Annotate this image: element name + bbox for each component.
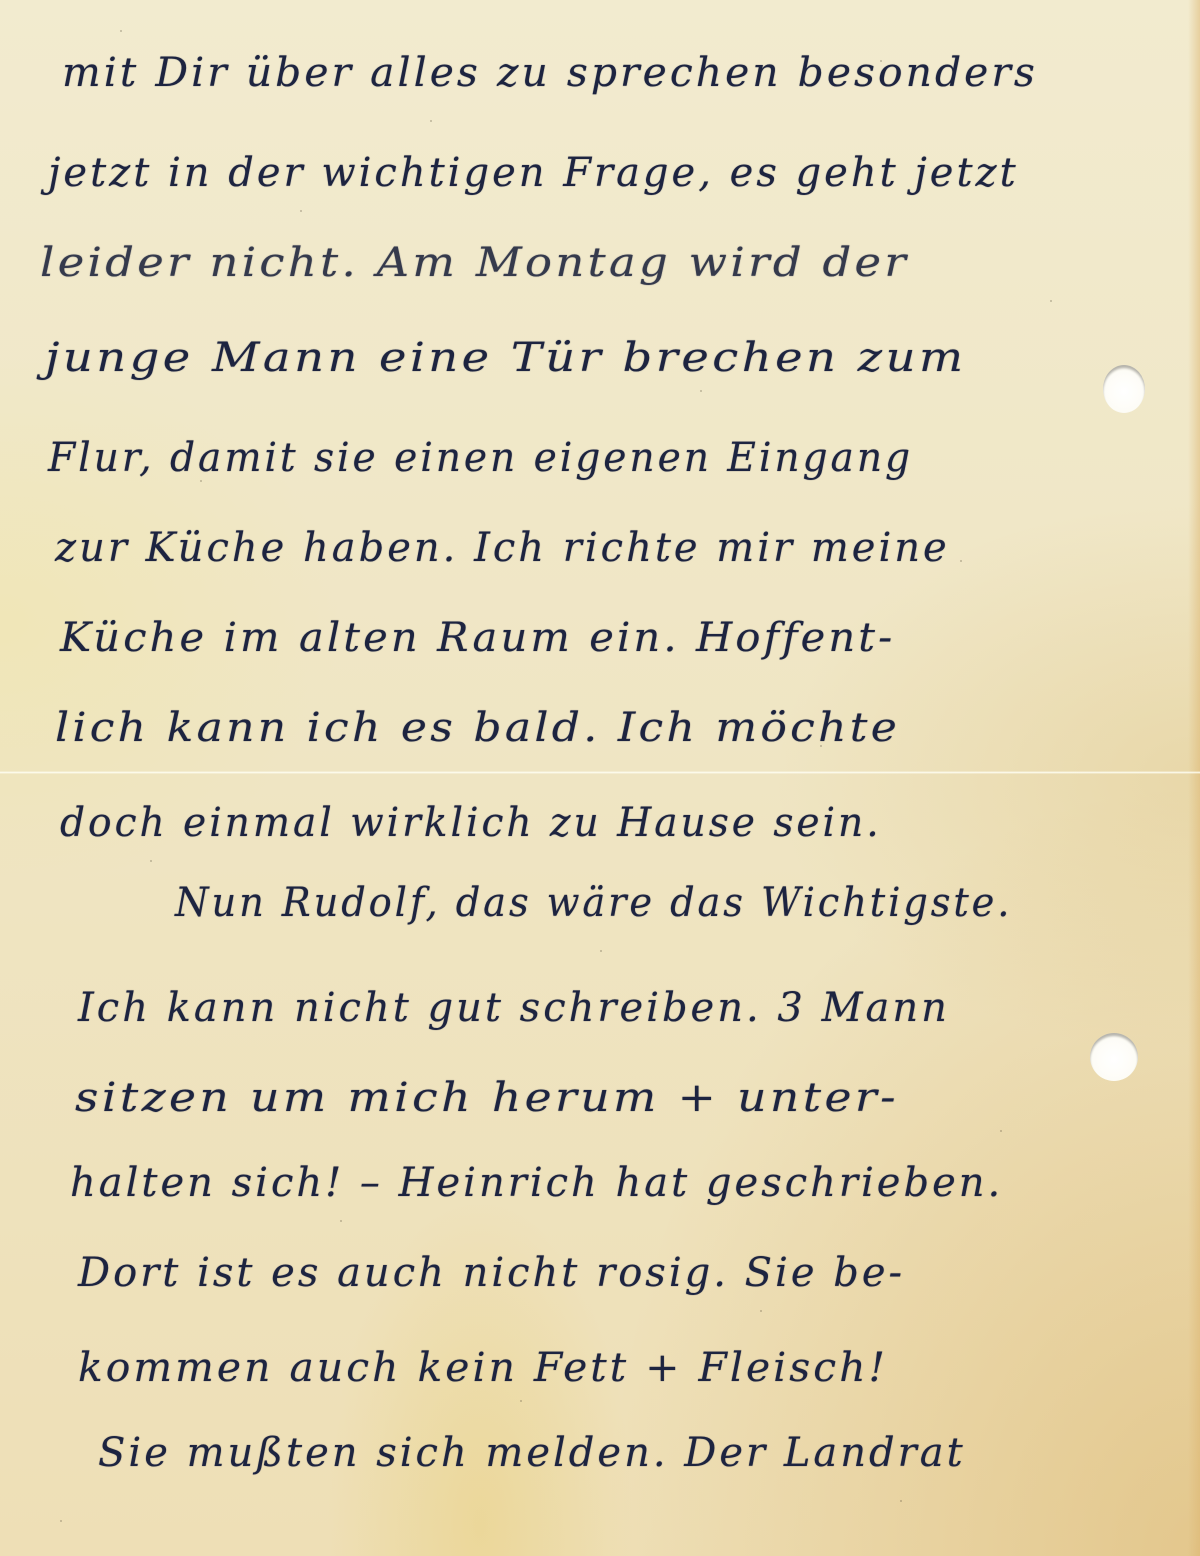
letter-line-7: Küche im alten Raum ein. Hoffent-: [60, 615, 895, 661]
letter-line-16: Sie mußten sich melden. Der Landrat: [98, 1430, 966, 1476]
letter-line-12: sitzen um mich herum + unter-: [75, 1075, 899, 1121]
letter-text: mit Dir über alles zu sprechen besonders…: [0, 0, 1200, 1556]
letter-line-13: halten sich! – Heinrich hat geschrieben.: [70, 1160, 1003, 1206]
letter-line-14: Dort ist es auch nicht rosig. Sie be-: [78, 1250, 905, 1296]
letter-line-15: kommen auch kein Fett + Fleisch!: [78, 1345, 888, 1391]
letter-line-2: jetzt in der wichtigen Frage, es geht je…: [48, 150, 1019, 196]
letter-line-11: Ich kann nicht gut schreiben. 3 Mann: [78, 985, 950, 1031]
letter-line-5: Flur, damit sie einen eigenen Eingang: [48, 435, 913, 481]
letter-line-4: junge Mann eine Tür brechen zum: [45, 335, 966, 381]
letter-line-10: Nun Rudolf, das wäre das Wichtigste.: [175, 880, 1012, 926]
letter-line-6: zur Küche haben. Ich richte mir meine: [55, 525, 950, 571]
letter-page: mit Dir über alles zu sprechen besonders…: [0, 0, 1200, 1556]
letter-line-1: mit Dir über alles zu sprechen besonders: [62, 50, 1038, 96]
letter-line-3: leider nicht. Am Montag wird der: [40, 240, 909, 286]
letter-line-9: doch einmal wirklich zu Hause sein.: [60, 800, 882, 846]
letter-line-8: lich kann ich es bald. Ich möchte: [55, 705, 900, 751]
